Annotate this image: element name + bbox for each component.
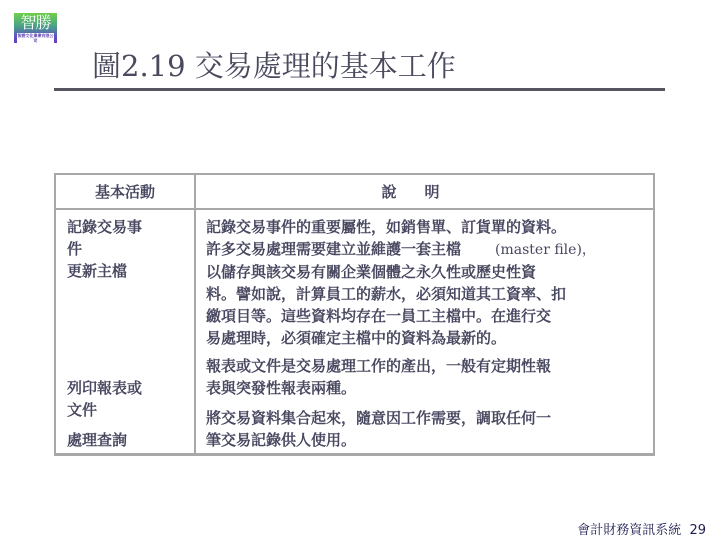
- header-activity: 基本活動: [55, 174, 195, 209]
- logo-text: 智勝: [14, 13, 57, 33]
- activity-line: 更新主檔: [67, 260, 194, 282]
- description-line: 料。譬如說，計算員工的薪水，必須知道其工資率、扣: [206, 283, 653, 305]
- activity-line: 記錄交易事: [67, 216, 194, 238]
- activity-line: 文件: [67, 399, 194, 421]
- description-line: 以儲存與該交易有關企業個體之永久性或歷史性資: [206, 261, 653, 283]
- activity-cell: 列印報表或 文件 處理查詢: [55, 350, 195, 454]
- page-number: 29: [689, 523, 706, 538]
- activity-line: 處理查詢: [67, 429, 194, 451]
- header-description: 說明: [195, 174, 654, 209]
- footer-course-title: 會計財務資訊系統: [577, 523, 681, 538]
- description-line: 表與突發性報表兩種。: [206, 377, 653, 399]
- description-line: 繳項目等。這些資料均存在一員工主檔中。在進行交: [206, 305, 653, 327]
- activity-cell: 記錄交易事 件 更新主檔: [55, 209, 195, 350]
- activity-line: 件: [67, 238, 194, 260]
- description-cell: 記錄交易事件的重要屬性，如銷售單、訂貨單的資料。 許多交易處理需要建立並維護一套…: [195, 209, 654, 350]
- description-line: 易處理時，必須確定主檔中的資料為最新的。: [206, 327, 653, 349]
- table-header-row: 基本活動 說明: [55, 174, 654, 209]
- description-paragraph: 將交易資料集合起來，隨意因工作需要，調取任何一 筆交易記錄供人使用。: [206, 407, 653, 451]
- table-row: 記錄交易事 件 更新主檔 記錄交易事件的重要屬性，如銷售單、訂貨單的資料。 許多…: [55, 209, 654, 350]
- description-line: 報表或文件是交易處理工作的產出，一般有定期性報: [206, 355, 653, 377]
- activities-table: 基本活動 說明 記錄交易事 件 更新主檔 記錄交易事件的重要屬性，如銷售單、訂貨…: [54, 173, 655, 456]
- activity-line: 列印報表或: [67, 377, 194, 399]
- publisher-logo: 智勝 智勝文化事業有限公司: [14, 13, 57, 43]
- description-line: 許多交易處理需要建立並維護一套主檔(master file)，: [206, 238, 653, 261]
- table-row: 列印報表或 文件 處理查詢 報表或文件是交易處理工作的產出，一般有定期性報 表與…: [55, 350, 654, 454]
- description-cell: 報表或文件是交易處理工作的產出，一般有定期性報 表與突發性報表兩種。 將交易資料…: [195, 350, 654, 454]
- description-line: 記錄交易事件的重要屬性，如銷售單、訂貨單的資料。: [206, 216, 653, 238]
- logo-subtext: 智勝文化事業有限公司: [17, 33, 54, 43]
- title-underline: [54, 88, 665, 91]
- page-footer: 會計財務資訊系統 29: [577, 519, 706, 538]
- description-paragraph: 報表或文件是交易處理工作的產出，一般有定期性報 表與突發性報表兩種。: [206, 355, 653, 399]
- description-line: 筆交易記錄供人使用。: [206, 429, 653, 451]
- description-line: 將交易資料集合起來，隨意因工作需要，調取任何一: [206, 407, 653, 429]
- english-term: (master file)，: [495, 242, 596, 258]
- description-text: 許多交易處理需要建立並維護一套主檔: [206, 240, 461, 258]
- header-description-text: 說明: [381, 183, 467, 201]
- page-title: 圖2.19 交易處理的基本工作: [92, 46, 456, 86]
